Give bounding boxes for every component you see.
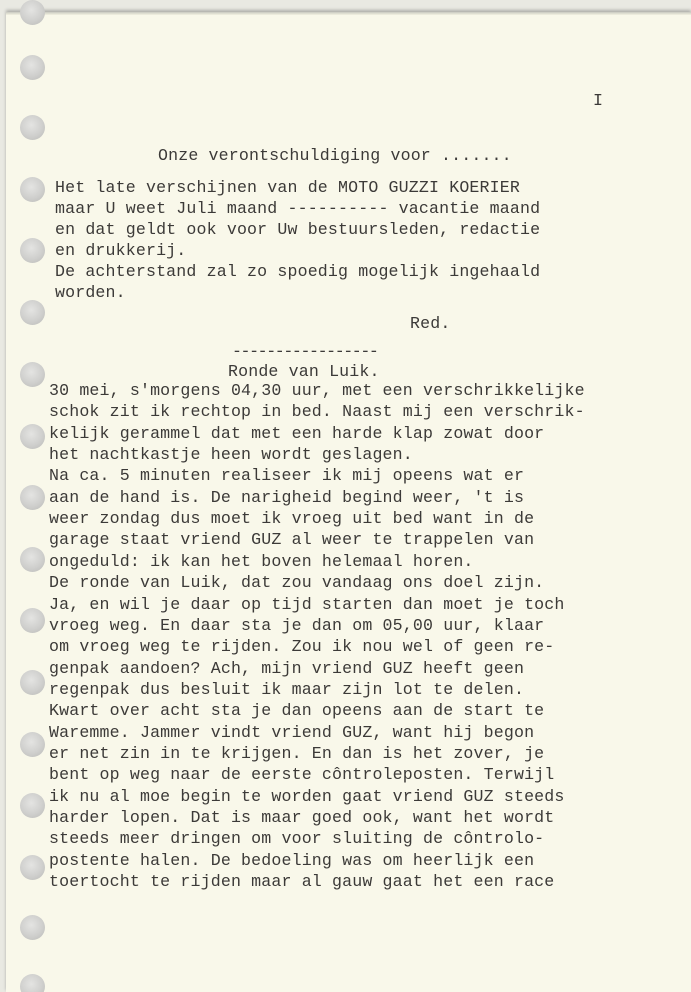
article-line: Kwart over acht sta je dan opeens aan de…	[49, 701, 544, 721]
apology-line: worden.	[55, 283, 126, 303]
article-line: vroeg weg. En daar sta je dan om 05,00 u…	[49, 616, 544, 636]
article-line: bent op weg naar de eerste côntroleposte…	[49, 765, 554, 785]
apology-line: maar U weet Juli maand ---------- vacant…	[55, 199, 540, 219]
binder-hole-icon	[20, 915, 45, 940]
binder-hole-icon	[20, 55, 45, 80]
article-line: aan de hand is. De narigheid begind weer…	[49, 488, 524, 508]
article-line: harder lopen. Dat is maar goed ook, want…	[49, 808, 554, 828]
article-line: het nachtkastje heen wordt geslagen.	[49, 445, 413, 465]
article-line: regenpak dus besluit ik maar zijn lot te…	[49, 680, 524, 700]
article-line: weer zondag dus moet ik vroeg uit bed wa…	[49, 509, 534, 529]
article-line: schok zit ik rechtop in bed. Naast mij e…	[49, 402, 585, 422]
article-line: ik nu al moe begin te worden gaat vriend…	[49, 787, 565, 807]
article-line: genpak aandoen? Ach, mijn vriend GUZ hee…	[49, 659, 524, 679]
binder-hole-icon	[20, 362, 45, 387]
binder-hole-icon	[20, 855, 45, 880]
apology-line: en drukkerij.	[55, 241, 186, 261]
binder-hole-icon	[20, 300, 45, 325]
article-line: Waremme. Jammer vindt vriend GUZ, want h…	[49, 723, 534, 743]
binder-hole-icon	[20, 424, 45, 449]
article-line: De ronde van Luik, dat zou vandaag ons d…	[49, 573, 544, 593]
article-line: toertocht te rijden maar al gauw gaat he…	[49, 872, 554, 892]
binder-hole-icon	[20, 177, 45, 202]
apology-line: en dat geldt ook voor Uw bestuursleden, …	[55, 220, 540, 240]
separator-rule: -----------------	[232, 342, 377, 362]
binder-hole-icon	[20, 608, 45, 633]
article-line: er net zin in te krijgen. En dan is het …	[49, 744, 544, 764]
article-line: steeds meer dringen om voor sluiting de …	[49, 829, 544, 849]
page-number: I	[593, 91, 603, 111]
binder-hole-icon	[20, 485, 45, 510]
apology-line: De achterstand zal zo spoedig mogelijk i…	[55, 262, 540, 282]
apology-title: Onze verontschuldiging voor .......	[158, 146, 512, 166]
article-line: garage staat vriend GUZ al weer te trapp…	[49, 530, 534, 550]
article-line: Ja, en wil je daar op tijd starten dan m…	[49, 595, 565, 615]
article-line: 30 mei, s'morgens 04,30 uur, met een ver…	[49, 381, 585, 401]
article-line: ongeduld: ik kan het boven helemaal hore…	[49, 552, 474, 572]
article-line: Na ca. 5 minuten realiseer ik mij opeens…	[49, 466, 524, 486]
article-line: om vroeg weg te rijden. Zou ik nou wel o…	[49, 637, 554, 657]
binder-hole-icon	[20, 547, 45, 572]
binder-hole-icon	[20, 793, 45, 818]
article-title: Ronde van Luik.	[228, 362, 380, 382]
article-line: postente halen. De bedoeling was om heer…	[49, 851, 534, 871]
binder-hole-icon	[20, 974, 45, 992]
apology-line: Het late verschijnen van de MOTO GUZZI K…	[55, 178, 520, 198]
binder-hole-icon	[20, 238, 45, 263]
typed-page: I Onze verontschuldiging voor ....... He…	[6, 12, 691, 992]
article-line: kelijk gerammel dat met een harde klap z…	[49, 424, 544, 444]
binder-hole-icon	[20, 115, 45, 140]
binder-hole-icon	[20, 0, 45, 25]
signature: Red.	[410, 314, 450, 334]
binder-hole-icon	[20, 670, 45, 695]
binder-hole-icon	[20, 732, 45, 757]
